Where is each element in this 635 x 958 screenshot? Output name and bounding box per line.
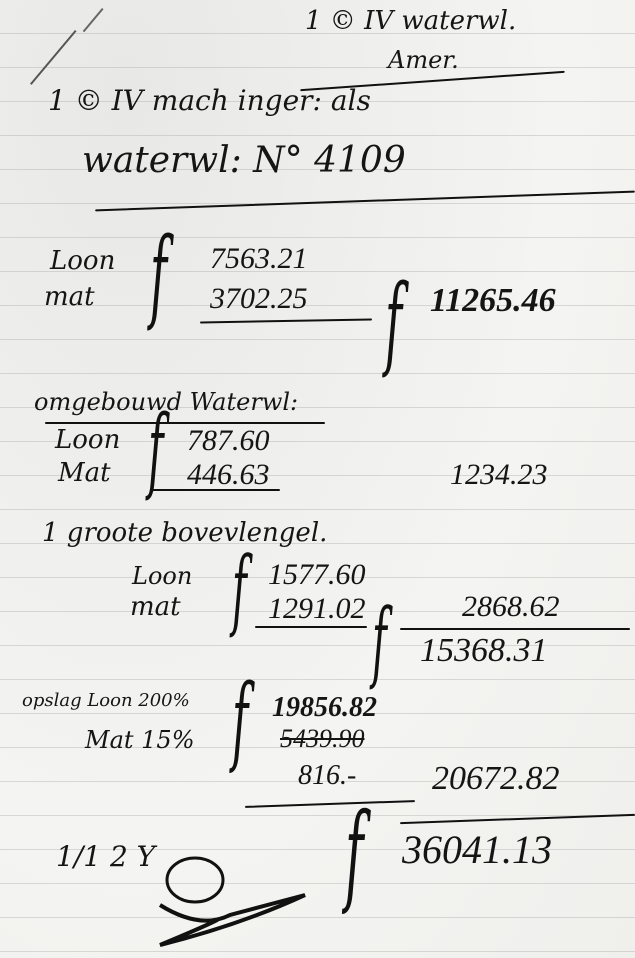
signature-scribble xyxy=(0,0,635,958)
handwritten-page: 1 © IV waterwl. Amer. 1 © IV mach inger:… xyxy=(0,0,635,958)
